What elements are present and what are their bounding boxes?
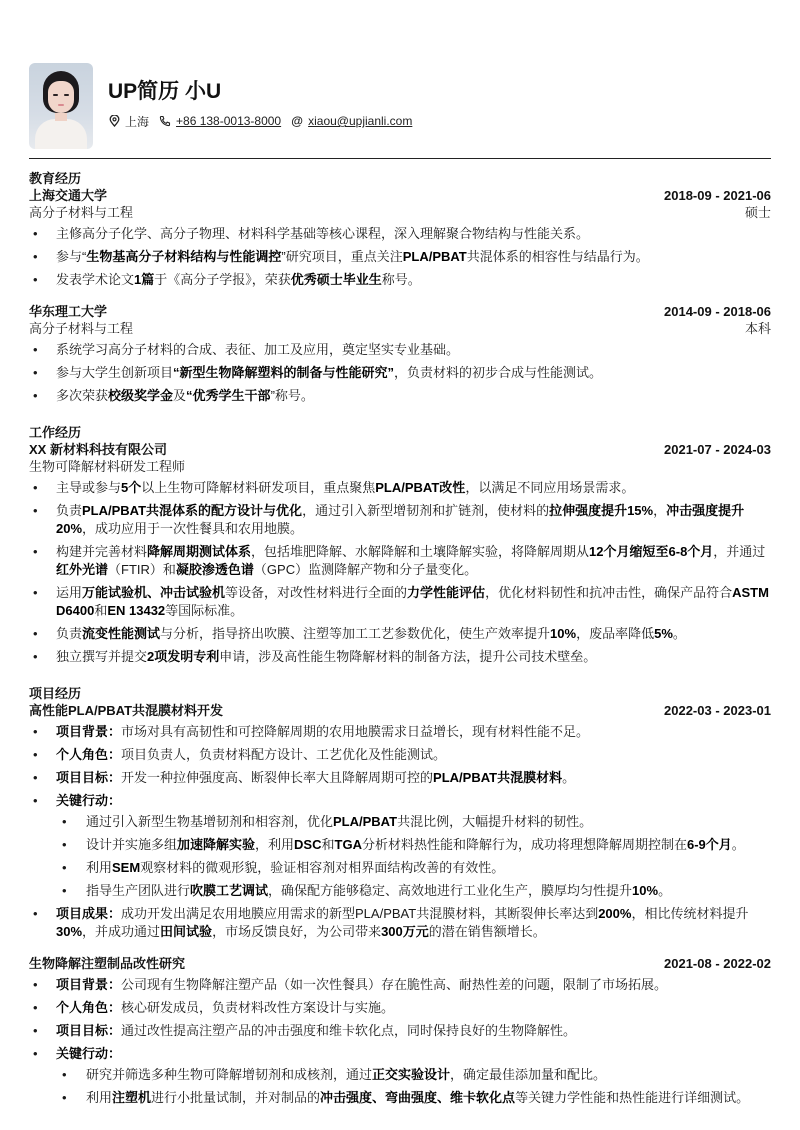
degree: 硕士 xyxy=(745,204,771,221)
list-item: 多次荣获校级奖学金及“优秀学生干部”称号。 xyxy=(56,387,771,405)
list-item: 项目背景：公司现有生物降解注塑产品（如一次性餐具）存在脆性高、耐热性差的问题，限… xyxy=(56,976,771,994)
project-entry: 生物降解注塑制品改性研究2021-08 - 2022-02项目背景：公司现有生物… xyxy=(29,955,771,1107)
candidate-name: UP简历 小U xyxy=(108,79,422,105)
bullet-list: 通过引入新型生物基增韧剂和相容剂，优化PLA/PBAT共混比例，大幅提升材料的韧… xyxy=(56,813,771,900)
item-label: 个人角色： xyxy=(56,1000,121,1015)
date-range: 2014-09 - 2018-06 xyxy=(664,303,771,320)
list-item: 利用SEM观察材料的微观形貌，验证相容剂对相界面结构改善的有效性。 xyxy=(86,859,771,877)
entry-header: 生物降解注塑制品改性研究2021-08 - 2022-02 xyxy=(29,955,771,972)
list-item: 关键行动：研究并筛选多种生物可降解增韧剂和成核剂，通过正交实验设计，确定最佳添加… xyxy=(56,1045,771,1107)
section-title-education: 教育经历 xyxy=(29,170,771,187)
list-item: 指导生产团队进行吹膜工艺调试，确保配方能够稳定、高效地进行工业化生产，膜厚均匀性… xyxy=(86,882,771,900)
map-pin-icon xyxy=(108,115,120,127)
work-entry: XX 新材料科技有限公司2021-07 - 2024-03生物可降解材料研发工程… xyxy=(29,441,771,666)
at-icon: @ xyxy=(291,115,303,127)
item-label: 项目目标： xyxy=(56,770,121,785)
entry-header: 高性能PLA/PBAT共混膜材料开发2022-03 - 2023-01 xyxy=(29,702,771,719)
list-item: 主修高分子化学、高分子物理、材料科学基础等核心课程，深入理解聚合物结构与性能关系… xyxy=(56,225,771,243)
project-name: 生物降解注塑制品改性研究 xyxy=(29,955,185,972)
list-item: 设计并实施多组加速降解实验，利用DSC和TGA分析材料热性能和降解行为，成功将理… xyxy=(86,836,771,854)
item-label: 项目背景： xyxy=(56,977,121,992)
section-title-work: 工作经历 xyxy=(29,424,771,441)
bullet-list: 主导或参与5个以上生物可降解材料研发项目，重点聚焦PLA/PBAT改性，以满足不… xyxy=(29,479,771,666)
bullet-list: 研究并筛选多种生物可降解增韧剂和成核剂，通过正交实验设计，确定最佳添加量和配比。… xyxy=(56,1066,771,1107)
item-label: 关键行动： xyxy=(56,793,121,808)
item-label: 项目背景： xyxy=(56,724,121,739)
section-title-projects: 项目经历 xyxy=(29,685,771,702)
item-label: 项目目标： xyxy=(56,1023,121,1038)
phone-link[interactable]: +86 138-0013-8000 xyxy=(176,114,281,128)
resume-header: UP简历 小U 上海 +86 138-0013-8000 @ xiaou@u xyxy=(29,56,771,156)
list-item: 参与大学生创新项目“新型生物降解塑料的制备与性能研究”，负责材料的初步合成与性能… xyxy=(56,364,771,382)
education-entry: 华东理工大学2014-09 - 2018-06高分子材料与工程本科系统学习高分子… xyxy=(29,303,771,405)
bullet-list: 主修高分子化学、高分子物理、材料科学基础等核心课程，深入理解聚合物结构与性能关系… xyxy=(29,225,771,289)
date-range: 2021-07 - 2024-03 xyxy=(664,441,771,458)
job-title: 生物可降解材料研发工程师 xyxy=(29,458,185,475)
email-link[interactable]: xiaou@upjianli.com xyxy=(308,114,412,128)
list-item: 主导或参与5个以上生物可降解材料研发项目，重点聚焦PLA/PBAT改性，以满足不… xyxy=(56,479,771,497)
list-item: 系统学习高分子材料的合成、表征、加工及应用，奠定坚实专业基础。 xyxy=(56,341,771,359)
list-item: 项目成果：成功开发出满足农用地膜应用需求的新型PLA/PBAT共混膜材料，其断裂… xyxy=(56,905,771,941)
entry-header: 华东理工大学2014-09 - 2018-06 xyxy=(29,303,771,320)
project-entry: 高性能PLA/PBAT共混膜材料开发2022-03 - 2023-01项目背景：… xyxy=(29,702,771,941)
degree: 本科 xyxy=(745,320,771,337)
list-item: 项目目标：开发一种拉伸强度高、断裂伸长率大且降解周期可控的PLA/PBAT共混膜… xyxy=(56,769,771,787)
email[interactable]: @ xiaou@upjianli.com xyxy=(291,114,412,128)
list-item: 负责PLA/PBAT共混体系的配方设计与优化，通过引入新型增韧剂和扩链剂，使材料… xyxy=(56,502,771,538)
list-item: 利用注塑机进行小批量试制，并对制品的冲击强度、弯曲强度、维卡软化点等关键力学性能… xyxy=(86,1089,771,1107)
major: 高分子材料与工程 xyxy=(29,320,133,337)
date-range: 2018-09 - 2021-06 xyxy=(664,187,771,204)
company-name: XX 新材料科技有限公司 xyxy=(29,441,167,458)
item-label: 关键行动： xyxy=(56,1046,121,1061)
entry-subheader: 生物可降解材料研发工程师 xyxy=(29,458,771,475)
project-details: 项目背景：市场对具有高韧性和可控降解周期的农用地膜需求日益增长，现有材料性能不足… xyxy=(29,723,771,941)
list-item: 发表学术论文1篇于《高分子学报》，荣获优秀硕士毕业生称号。 xyxy=(56,271,771,289)
list-item: 关键行动：通过引入新型生物基增韧剂和相容剂，优化PLA/PBAT共混比例，大幅提… xyxy=(56,792,771,900)
list-item: 项目背景：市场对具有高韧性和可控降解周期的农用地膜需求日益增长，现有材料性能不足… xyxy=(56,723,771,741)
education-entry: 上海交通大学2018-09 - 2021-06高分子材料与工程硕士主修高分子化学… xyxy=(29,187,771,289)
resume-page: UP简历 小U 上海 +86 138-0013-8000 @ xiaou@u xyxy=(0,56,800,1107)
contact-info: 上海 +86 138-0013-8000 @ xiaou@upjianli.co… xyxy=(108,113,422,130)
education-section: 教育经历 上海交通大学2018-09 - 2021-06高分子材料与工程硕士主修… xyxy=(29,170,771,405)
spacer xyxy=(29,294,771,303)
list-item: 项目目标：通过改性提高注塑产品的冲击强度和维卡软化点，同时保持良好的生物降解性。 xyxy=(56,1022,771,1040)
school-name: 华东理工大学 xyxy=(29,303,107,320)
phone[interactable]: +86 138-0013-8000 xyxy=(159,114,281,128)
list-item: 运用万能试验机、冲击试验机等设备，对改性材料进行全面的力学性能评估，优化材料韧性… xyxy=(56,584,771,620)
phone-icon xyxy=(159,115,171,127)
header-divider xyxy=(29,158,771,159)
date-range: 2021-08 - 2022-02 xyxy=(664,955,771,972)
list-item: 构建并完善材料降解周期测试体系，包括堆肥降解、水解降解和土壤降解实验，将降解周期… xyxy=(56,543,771,579)
entry-subheader: 高分子材料与工程硕士 xyxy=(29,204,771,221)
entry-subheader: 高分子材料与工程本科 xyxy=(29,320,771,337)
project-name: 高性能PLA/PBAT共混膜材料开发 xyxy=(29,702,223,719)
list-item: 负责流变性能测试与分析，指导挤出吹膜、注塑等加工工艺参数优化，使生产效率提升10… xyxy=(56,625,771,643)
work-section: 工作经历 XX 新材料科技有限公司2021-07 - 2024-03生物可降解材… xyxy=(29,424,771,666)
list-item: 通过引入新型生物基增韧剂和相容剂，优化PLA/PBAT共混比例，大幅提升材料的韧… xyxy=(86,813,771,831)
location: 上海 xyxy=(108,113,149,130)
profile-photo xyxy=(29,63,93,149)
list-item: 个人角色：核心研发成员，负责材料改性方案设计与实施。 xyxy=(56,999,771,1017)
bullet-list: 系统学习高分子材料的合成、表征、加工及应用，奠定坚实专业基础。参与大学生创新项目… xyxy=(29,341,771,405)
list-item: 研究并筛选多种生物可降解增韧剂和成核剂，通过正交实验设计，确定最佳添加量和配比。 xyxy=(86,1066,771,1084)
entry-header: XX 新材料科技有限公司2021-07 - 2024-03 xyxy=(29,441,771,458)
item-label: 个人角色： xyxy=(56,747,121,762)
list-item: 参与“生物基高分子材料结构与性能调控”研究项目，重点关注PLA/PBAT共混体系… xyxy=(56,248,771,266)
projects-section: 项目经历 高性能PLA/PBAT共混膜材料开发2022-03 - 2023-01… xyxy=(29,685,771,1107)
list-item: 个人角色：项目负责人，负责材料配方设计、工艺优化及性能测试。 xyxy=(56,746,771,764)
school-name: 上海交通大学 xyxy=(29,187,107,204)
location-text: 上海 xyxy=(125,113,149,130)
list-item: 独立撰写并提交2项发明专利申请，涉及高性能生物降解材料的制备方法，提升公司技术壁… xyxy=(56,648,771,666)
project-details: 项目背景：公司现有生物降解注塑产品（如一次性餐具）存在脆性高、耐热性差的问题，限… xyxy=(29,976,771,1107)
entry-header: 上海交通大学2018-09 - 2021-06 xyxy=(29,187,771,204)
major: 高分子材料与工程 xyxy=(29,204,133,221)
date-range: 2022-03 - 2023-01 xyxy=(664,702,771,719)
item-label: 项目成果： xyxy=(56,906,121,921)
